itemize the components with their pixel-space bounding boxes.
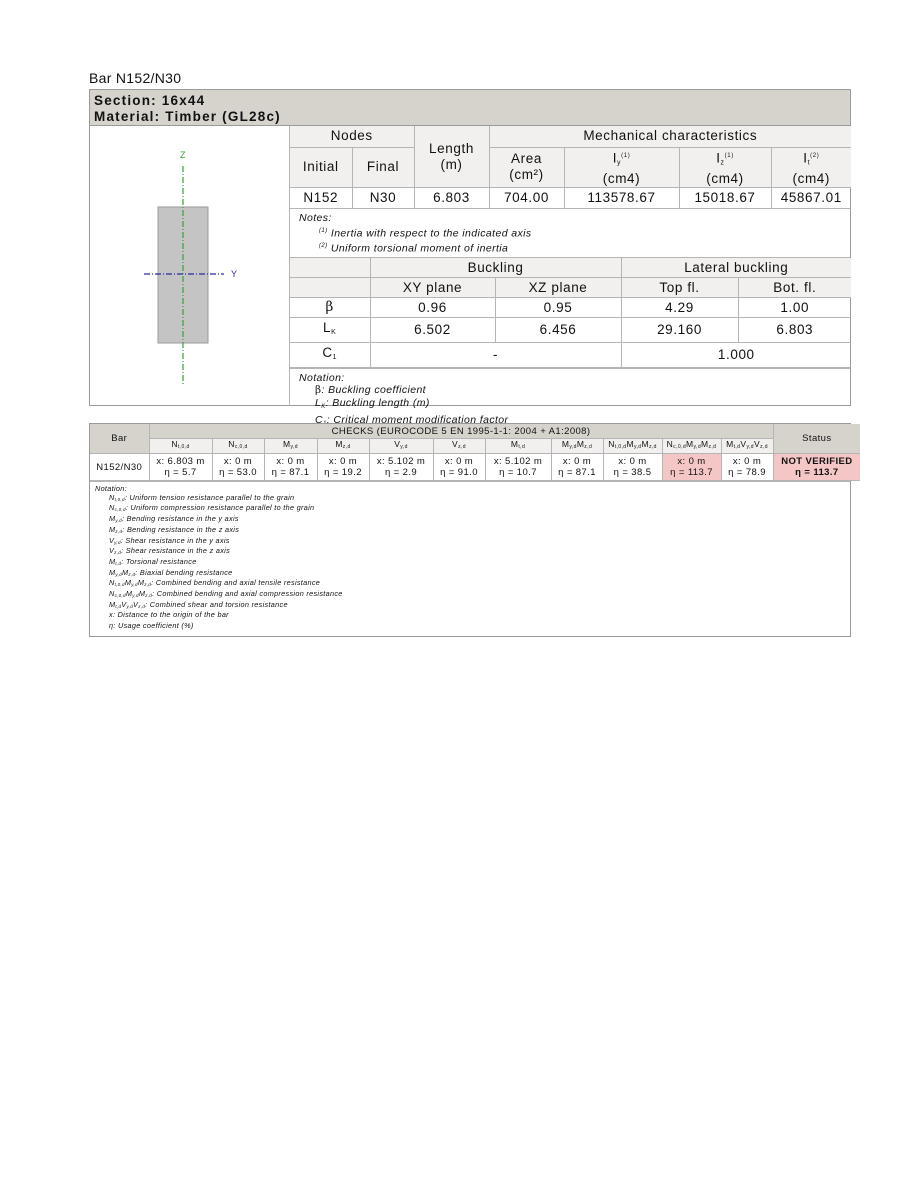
beta-bot: 1.00 bbox=[738, 297, 851, 317]
checks-notation: Notation: Nt,0,d: Uniform tension resist… bbox=[90, 481, 850, 636]
initial-header: Initial bbox=[290, 147, 352, 188]
lk-top: 29.160 bbox=[621, 317, 738, 342]
lk-bot: 6.803 bbox=[738, 317, 851, 342]
check-column-header: Mz,d bbox=[317, 439, 369, 454]
buckling-corner bbox=[290, 258, 370, 278]
buckling-table: Buckling Lateral buckling XY plane XZ pl… bbox=[290, 258, 851, 368]
notation-item: η: Usage coefficient (%) bbox=[95, 622, 850, 633]
iy-header: Iy(1) (cm4) bbox=[564, 147, 679, 188]
check-cell: x: 0 mη = 87.1 bbox=[264, 454, 317, 481]
check-cell: x: 0 mη = 19.2 bbox=[317, 454, 369, 481]
it-header: It(2) (cm4) bbox=[771, 147, 851, 188]
iz-value: 15018.67 bbox=[679, 188, 771, 209]
xz-plane-header: XZ plane bbox=[495, 277, 621, 297]
notation-item: Vz,d: Shear resistance in the z axis bbox=[95, 547, 850, 558]
check-cell: x: 0 mη = 53.0 bbox=[212, 454, 264, 481]
buckling-header: Buckling bbox=[370, 258, 621, 278]
it-value: 45867.01 bbox=[771, 188, 851, 209]
iy-value: 113578.67 bbox=[564, 188, 679, 209]
check-cell: x: 0 mη = 87.1 bbox=[551, 454, 603, 481]
check-column-header: My,d bbox=[264, 439, 317, 454]
bar-title: Bar N152/N30 bbox=[89, 70, 181, 86]
mechanical-table: Nodes Length(m) Mechanical characteristi… bbox=[290, 126, 851, 209]
section-label: Section: 16x44 bbox=[94, 93, 850, 109]
check-column-header: Nc,0,dMy,dMz,d bbox=[662, 439, 721, 454]
area-value: 704.00 bbox=[489, 188, 564, 209]
check-cell: x: 0 mη = 91.0 bbox=[433, 454, 485, 481]
cross-section-figure: Z Y bbox=[90, 126, 290, 406]
lk-label: LK bbox=[290, 317, 370, 342]
xy-plane-header: XY plane bbox=[370, 277, 495, 297]
check-cell: x: 6.803 mη = 5.7 bbox=[149, 454, 212, 481]
beta-xy: 0.96 bbox=[370, 297, 495, 317]
c1-label: C1 bbox=[290, 342, 370, 367]
cross-section-drawing: Z Y bbox=[90, 126, 290, 406]
bar-header: Bar bbox=[90, 424, 149, 454]
buckling-notation: Notation: β: Buckling coefficient LK: Bu… bbox=[290, 368, 850, 431]
checks-block: Bar CHECKS (EUROCODE 5 EN 1995-1-1: 2004… bbox=[89, 423, 851, 637]
lateral-buckling-header: Lateral buckling bbox=[621, 258, 851, 278]
area-header: Area(cm²) bbox=[489, 147, 564, 188]
beta-top: 4.29 bbox=[621, 297, 738, 317]
lk-row: LK 6.502 6.456 29.160 6.803 bbox=[290, 317, 851, 342]
check-column-header: Mt,d bbox=[485, 439, 551, 454]
mechanical-row: N152 N30 6.803 704.00 113578.67 15018.67… bbox=[290, 188, 851, 209]
iz-header: Iz(1) (cm4) bbox=[679, 147, 771, 188]
c1-buckling: - bbox=[370, 342, 621, 367]
bar-id: N152/N30 bbox=[90, 454, 149, 481]
check-cell: x: 5.102 mη = 10.7 bbox=[485, 454, 551, 481]
notation-lk: LK: Buckling length (m) bbox=[299, 397, 850, 414]
final-header: Final bbox=[352, 147, 414, 188]
section-block: Section: 16x44 Material: Timber (GL28c) … bbox=[89, 89, 851, 406]
checks-table: Bar CHECKS (EUROCODE 5 EN 1995-1-1: 2004… bbox=[90, 424, 860, 481]
initial-node: N152 bbox=[290, 188, 352, 209]
beta-label: β bbox=[290, 297, 370, 317]
check-cell: x: 0 mη = 78.9 bbox=[721, 454, 773, 481]
check-cell: x: 5.102 mη = 2.9 bbox=[369, 454, 433, 481]
status-badge: NOT VERIFIEDη = 113.7 bbox=[773, 454, 860, 481]
check-row: N152/N30x: 6.803 mη = 5.7x: 0 mη = 53.0x… bbox=[90, 454, 860, 481]
c1-lateral: 1.000 bbox=[621, 342, 851, 367]
beta-row: β 0.96 0.95 4.29 1.00 bbox=[290, 297, 851, 317]
note-2: (2) Uniform torsional moment of inertia bbox=[299, 240, 850, 255]
check-column-header: Nt,0,dMy,dMz,d bbox=[603, 439, 662, 454]
length-header: Length(m) bbox=[414, 126, 489, 188]
check-column-header: Nc,0,d bbox=[212, 439, 264, 454]
mechanical-header: Mechanical characteristics bbox=[489, 126, 851, 147]
properties-panel: Nodes Length(m) Mechanical characteristi… bbox=[290, 126, 850, 405]
check-column-header: Nt,0,d bbox=[149, 439, 212, 454]
c1-row: C1 - 1.000 bbox=[290, 342, 851, 367]
z-axis-label: Z bbox=[180, 150, 186, 160]
check-column-header: My,dMz,d bbox=[551, 439, 603, 454]
check-column-header: Mt,dVy,dVz,d bbox=[721, 439, 773, 454]
section-header: Section: 16x44 Material: Timber (GL28c) bbox=[90, 90, 850, 126]
status-header: Status bbox=[773, 424, 860, 454]
notation-item: x: Distance to the origin of the bar bbox=[95, 611, 850, 622]
final-node: N30 bbox=[352, 188, 414, 209]
checks-title: CHECKS (EUROCODE 5 EN 1995-1-1: 2004 + A… bbox=[149, 424, 773, 439]
bottom-flange-header: Bot. fl. bbox=[738, 277, 851, 297]
nodes-header: Nodes bbox=[290, 126, 414, 147]
check-column-header: Vy,d bbox=[369, 439, 433, 454]
buckling-corner-2 bbox=[290, 277, 370, 297]
check-cell: x: 0 mη = 38.5 bbox=[603, 454, 662, 481]
beta-xz: 0.95 bbox=[495, 297, 621, 317]
lk-xz: 6.456 bbox=[495, 317, 621, 342]
note-1: (1) Inertia with respect to the indicate… bbox=[299, 225, 850, 240]
mechanical-notes: Notes: (1) Inertia with respect to the i… bbox=[290, 209, 850, 258]
lk-xy: 6.502 bbox=[370, 317, 495, 342]
y-axis-label: Y bbox=[231, 269, 237, 279]
length-value: 6.803 bbox=[414, 188, 489, 209]
top-flange-header: Top fl. bbox=[621, 277, 738, 297]
notation-beta: β: Buckling coefficient bbox=[299, 384, 850, 397]
check-column-header: Vz,d bbox=[433, 439, 485, 454]
notes-title: Notes: bbox=[299, 212, 850, 225]
material-label: Material: Timber (GL28c) bbox=[94, 109, 850, 125]
check-cell: x: 0 mη = 113.7 bbox=[662, 454, 721, 481]
notation-title: Notation: bbox=[299, 372, 850, 385]
